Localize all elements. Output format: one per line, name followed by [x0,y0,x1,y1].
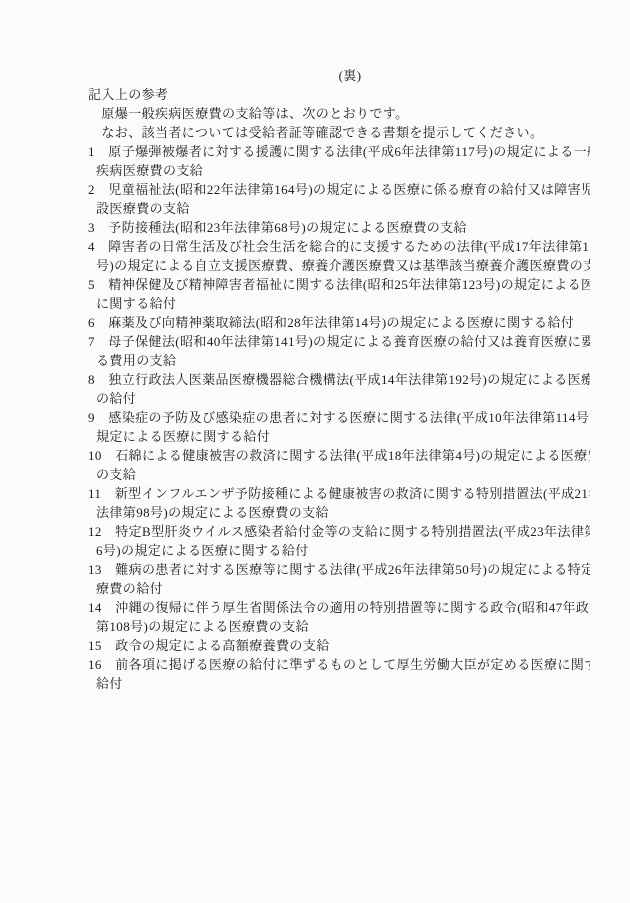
list-item: 5 精神保健及び精神障害者福祉に関する法律(昭和25年法律第123号)の規定によ… [88,275,590,313]
intro-line: なお、該当者については受給者証等確認できる書類を提示してください。 [88,123,590,142]
list-item: 7 母子保健法(昭和40年法律第141号)の規定による養育医療の給付又は養育医療… [88,332,590,370]
list-item: 13 難病の患者に対する医療等に関する法律(平成26年法律第50号)の規定による… [88,560,590,598]
list-item: 2 児童福祉法(昭和22年法律第164号)の規定による医療に係る療育の給付又は障… [88,180,590,218]
list-item: 9 感染症の予防及び感染症の患者に対する医療に関する法律(平成10年法律第114… [88,408,590,446]
side-label: (裏) [35,66,630,85]
list-item: 8 独立行政法人医薬品医療機器総合機構法(平成14年法律第192号)の規定による… [88,370,590,408]
law-list: 1 原子爆弾被爆者に対する援護に関する法律(平成6年法律第117号)の規定による… [88,142,590,693]
list-item: 12 特定B型肝炎ウイルス感染者給付金等の支給に関する特別措置法(平成23年法律… [88,522,590,560]
list-item: 10 石綿による健康被害の救済に関する法律(平成18年法律第4号)の規定による医… [88,446,590,484]
document-body: 記入上の参考 原爆一般疾病医療費の支給等は、次のとおりです。 なお、該当者につい… [88,85,590,693]
intro-line: 原爆一般疾病医療費の支給等は、次のとおりです。 [88,104,590,123]
list-item: 16 前各項に掲げる医療の給付に準ずるものとして厚生労働大臣が定める医療に関する… [88,655,590,693]
list-item: 11 新型インフルエンザ予防接種による健康被害の救済に関する特別措置法(平成21… [88,484,590,522]
list-item: 14 沖縄の復帰に伴う厚生省関係法令の適用の特別措置等に関する政令(昭和47年政… [88,598,590,636]
list-item: 4 障害者の日常生活及び社会生活を総合的に支援するための法律(平成17年法律第1… [88,237,590,275]
list-item: 6 麻薬及び向精神薬取締法(昭和28年法律第14号)の規定による医療に関する給付 [88,313,590,332]
list-item: 1 原子爆弾被爆者に対する援護に関する法律(平成6年法律第117号)の規定による… [88,142,590,180]
page-heading: 記入上の参考 [88,85,590,104]
list-item: 3 予防接種法(昭和23年法律第68号)の規定による医療費の支給 [88,218,590,237]
list-item: 15 政令の規定による高額療養費の支給 [88,636,590,655]
document-page: (裏) 記入上の参考 原爆一般疾病医療費の支給等は、次のとおりです。 なお、該当… [0,0,630,903]
